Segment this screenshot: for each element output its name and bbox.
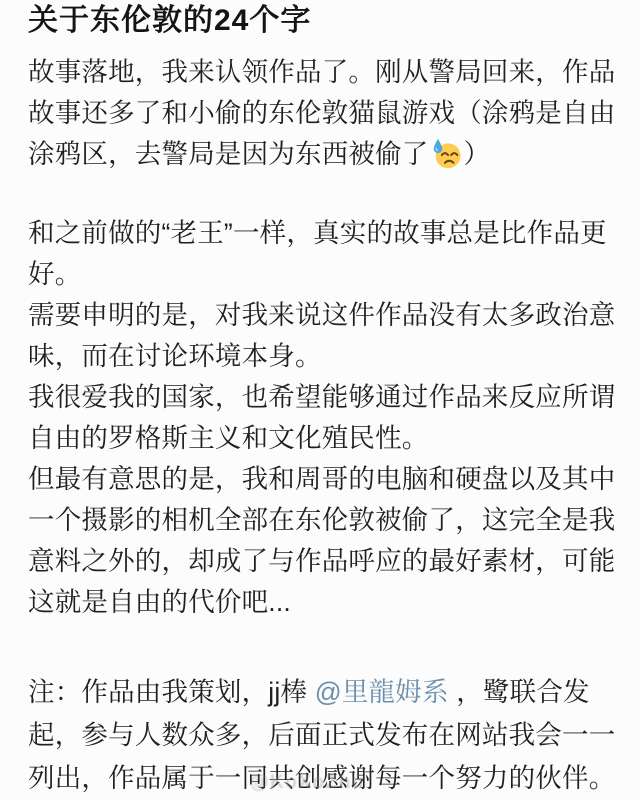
- paragraph-5: 但最有意思的是，我和周哥的电脑和硬盘以及其中 一个摄影的相机全部在东伦敦被偷了，…: [28, 459, 620, 623]
- paragraph-note: 注：作品由我策划，jj棒 @里龍姆系 ，鹭联合发 起，参与人数众多，后面正式发布…: [28, 671, 620, 800]
- downcast-face-with-sweat-emoji-icon: [431, 138, 462, 169]
- paragraph-4: 我很爱我的国家，也希望能够通过作品来反应所谓 自由的罗格斯主义和文化殖民性。: [28, 377, 620, 459]
- post-title: 关于东伦敦的24个字: [28, 3, 620, 39]
- paragraph-3: 需要申明的是，对我来说这件作品没有太多政治意 味，而在讨论环境本身。: [28, 295, 620, 377]
- paragraph-1-close-paren: ）: [464, 139, 491, 169]
- paragraph-1: 故事落地，我来认领作品了。刚从警局回来，作品 故事还多了和小偷的东伦敦猫鼠游戏（…: [28, 52, 620, 175]
- paragraph-2: 和之前做的“老王”一样，真实的故事总是比作品更 好。: [28, 213, 620, 295]
- note-text-before-mention: 注：作品由我策划，jj棒: [28, 677, 315, 707]
- mention-link[interactable]: @里龍姆系: [315, 677, 449, 707]
- paragraph-1-text: 故事落地，我来认领作品了。刚从警局回来，作品 故事还多了和小偷的东伦敦猫鼠游戏（…: [28, 57, 615, 169]
- post-body: 关于东伦敦的24个字 故事落地，我来认领作品了。刚从警局回来，作品 故事还多了和…: [0, 0, 640, 800]
